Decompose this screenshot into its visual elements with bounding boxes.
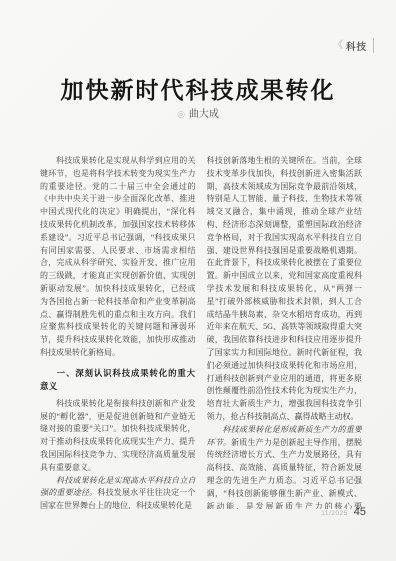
article-title: 加快新时代科技成果转化 <box>0 72 396 105</box>
byline: ◎曲大成 <box>0 105 396 120</box>
left-column: 科技成果转化是实现从科学到应用的关键环节，也是将科学技术转变为现实生产力的重要途… <box>40 155 196 509</box>
category-divider <box>373 38 374 53</box>
author-marker-icon: ◎ <box>177 109 185 119</box>
page-number: 45 <box>354 506 366 518</box>
category-tag: 《 科技 <box>333 38 374 53</box>
paragraph-significance: 科技成果转化是衔接科技创新和产业发展的“孵化器”，更是促进创新链和产业链无缝对接… <box>40 398 196 475</box>
author-name: 曲大成 <box>189 109 219 120</box>
category-label: 科技 <box>346 39 367 53</box>
paragraph-global-tech: 科技创新落地生根的关键所在。当前，全球技术变革步伐加快，科技创新进入密集活跃期，… <box>207 155 363 424</box>
guillemet-icon: 《 <box>333 41 343 51</box>
paragraph-self-reliance: 科技成果转化是实现高水平科技自立自强的重要途径。科技发展水平往往决定一个国家在世… <box>40 475 196 509</box>
right-column: 科技创新落地生根的关键所在。当前，全球技术变革步伐加快，科技创新进入密集活跃期，… <box>207 155 363 509</box>
article-body: 科技成果转化是实现从科学到应用的关键环节，也是将科学技术转变为现实生产力的重要途… <box>40 155 362 509</box>
page-footer: 11/2025 45 <box>321 506 366 518</box>
paragraph-new-productivity: 科技成果转化是形成新质生产力的重要环节。新质生产力是创新起主导作用，摆脱传统经济… <box>207 424 363 509</box>
paragraph-continuation: 新质生产力是创新起主导作用，摆脱传统经济增长方式、生产力发展路径，具有高科技、高… <box>207 438 363 509</box>
issue-label: 11/2025 <box>321 510 348 517</box>
section-heading: 一、深刻认识科技成果转化的重大意义 <box>40 367 196 393</box>
magazine-page: 《 科技 加快新时代科技成果转化 ◎曲大成 科技成果转化是实现从科学到应用的关键… <box>0 0 396 561</box>
paragraph-intro: 科技成果转化是实现从科学到应用的关键环节，也是将科学技术转变为现实生产力的重要途… <box>40 155 196 360</box>
